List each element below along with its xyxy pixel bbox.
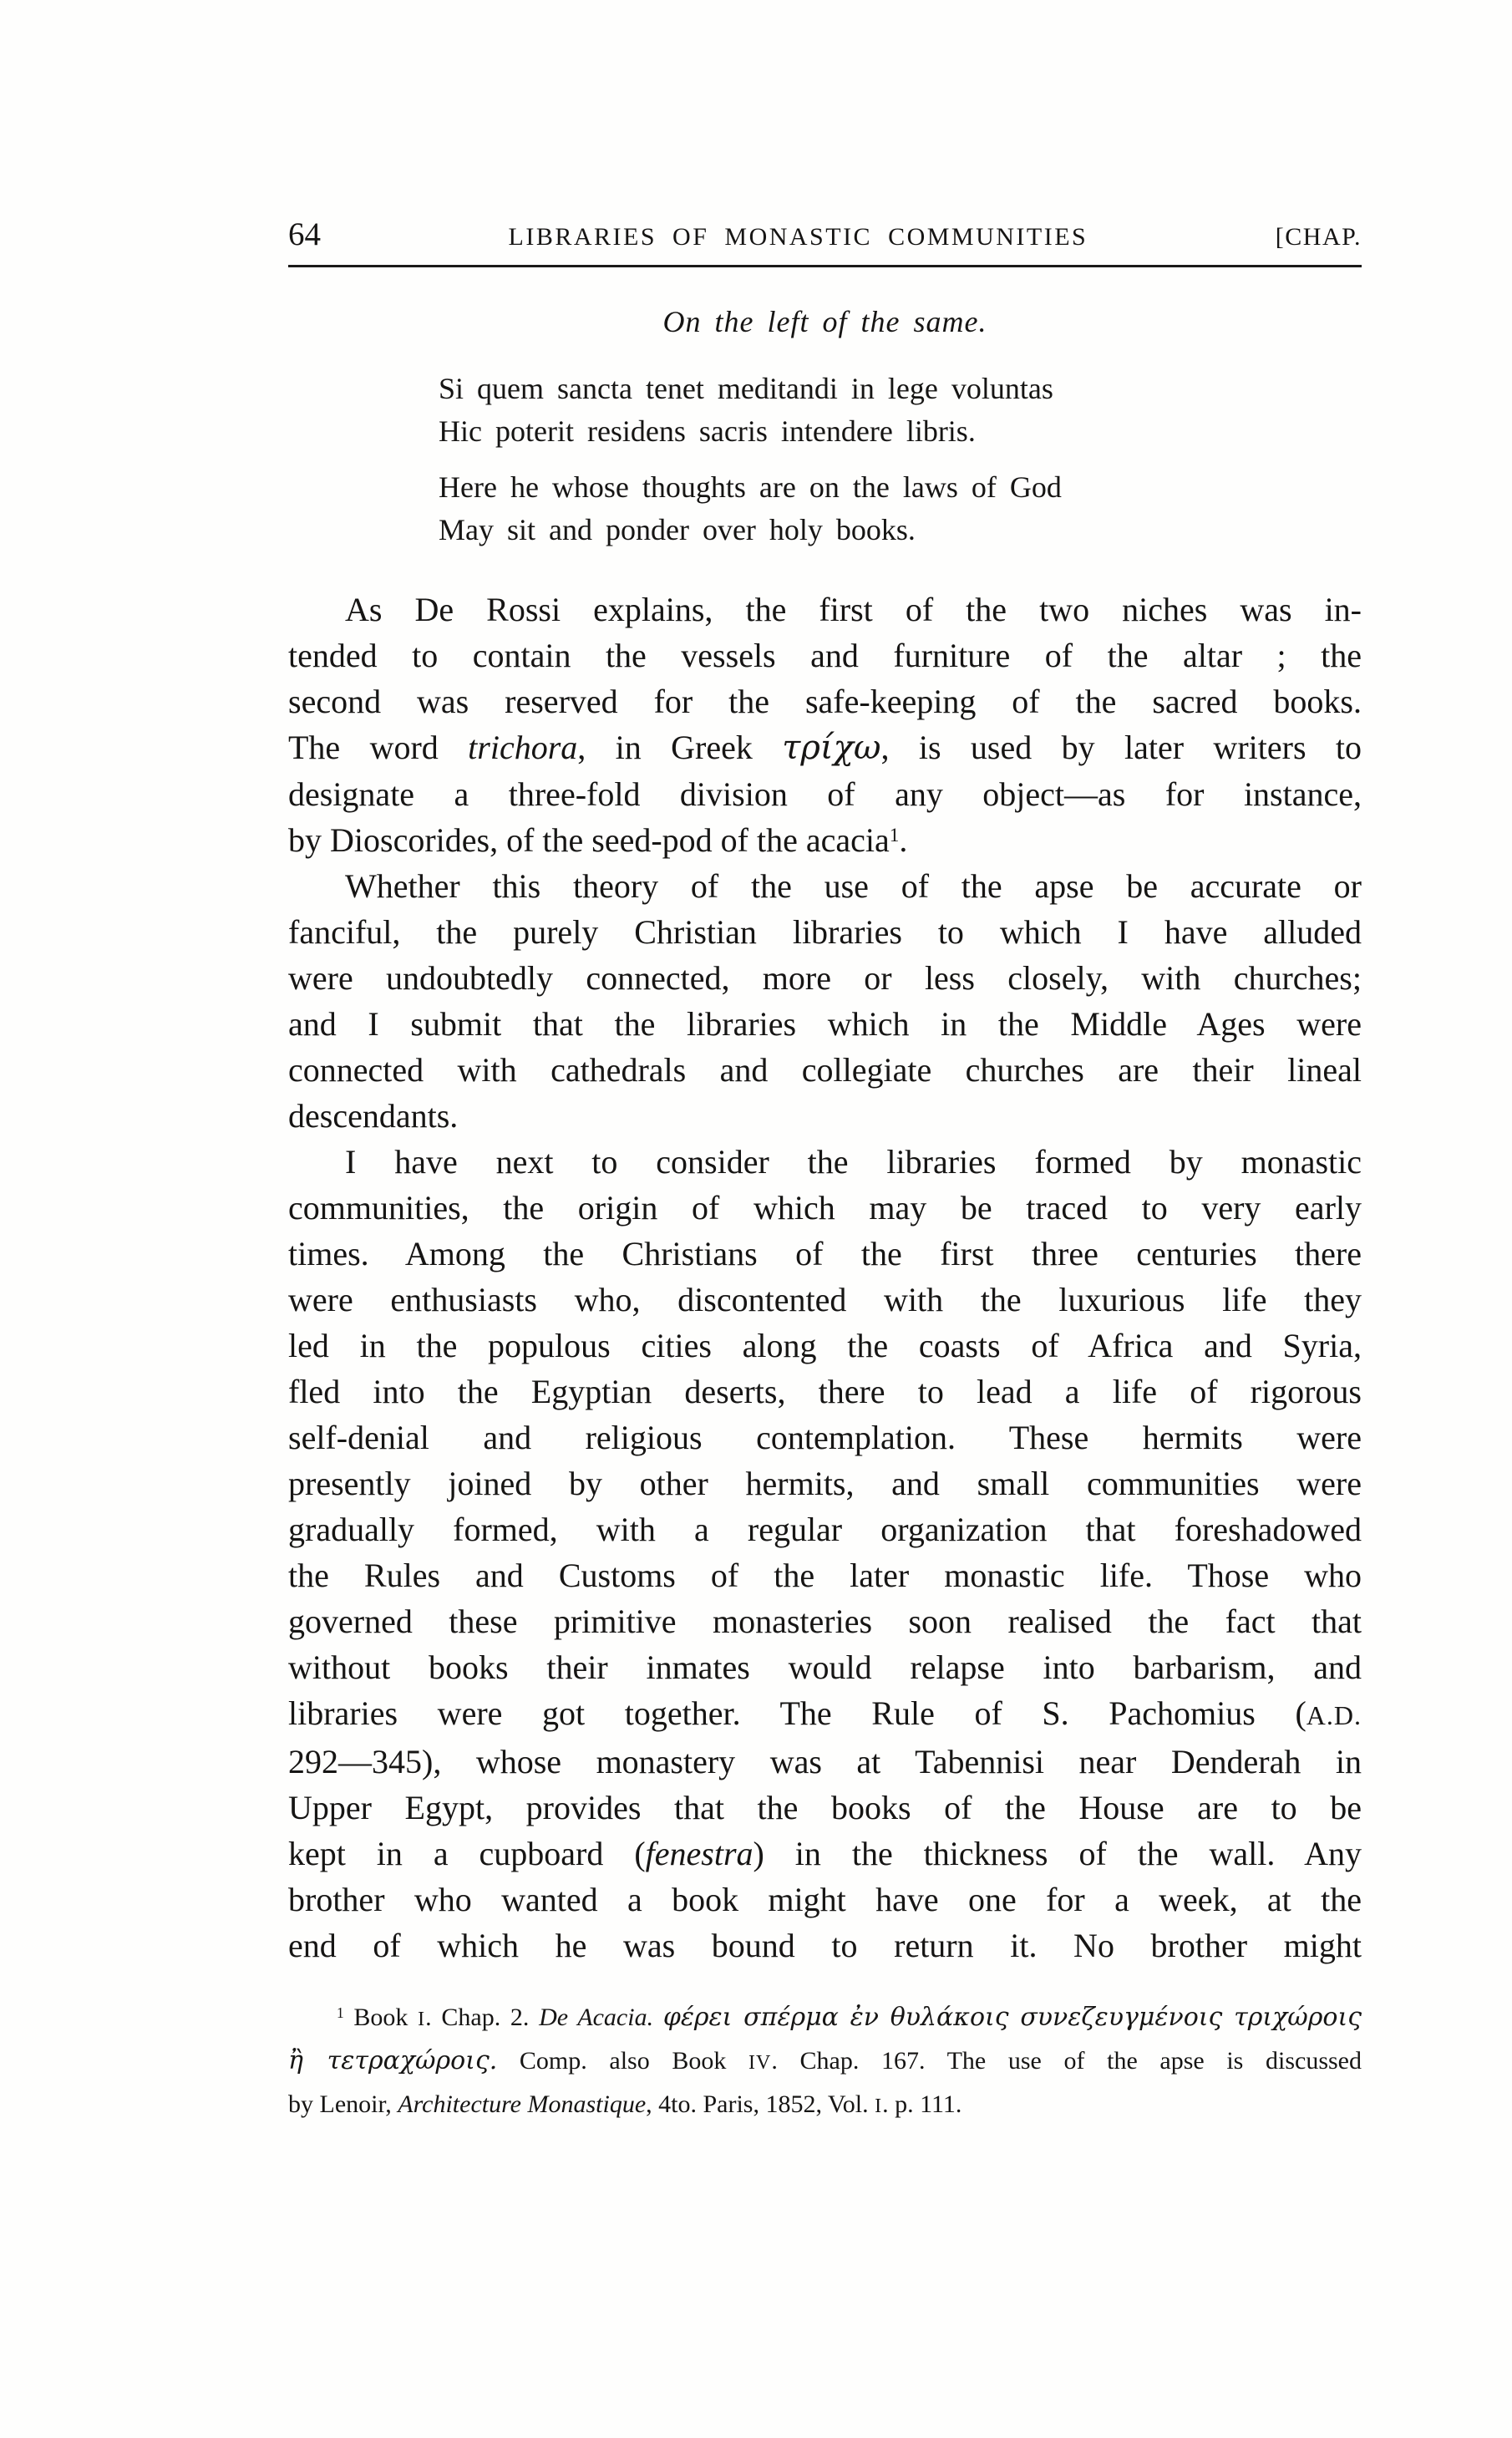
text-line: and I submit that the libraries which in… [288, 1001, 1362, 1047]
text-line: were undoubtedly connected, more or less… [288, 955, 1362, 1001]
text-line: tended to contain the vessels and furnit… [288, 632, 1362, 678]
section-heading: On the left of the same. [288, 304, 1362, 339]
text-line: libraries were got together. The Rule of… [288, 1690, 1362, 1739]
text-segment: Upper Egypt, provides that the books of … [288, 1789, 1362, 1826]
page-number: 64 [288, 216, 321, 253]
text-segment: As De Rossi explains, the first of the t… [345, 591, 1362, 628]
text-line: governed these primitive monasteries soo… [288, 1598, 1362, 1644]
text-line: designate a three-fold division of any o… [288, 771, 1362, 817]
text-line: without books their inmates would relaps… [288, 1644, 1362, 1690]
small-caps-text: I [875, 2095, 882, 2117]
text-line: 1 Book I. Chap. 2. De Acacia. φέρει σπέρ… [288, 1997, 1362, 2040]
verse-line: May sit and ponder over holy books. [439, 509, 1362, 551]
text-line: kept in a cupboard (fenestra) in the thi… [288, 1831, 1362, 1877]
text-segment: The word [288, 729, 468, 766]
text-segment: . Chap. 2. [425, 2004, 539, 2031]
text-segment: brother who wanted a book might have one… [288, 1881, 1362, 1918]
text-segment: tended to contain the vessels and furnit… [288, 637, 1362, 674]
italic-text: De Acacia. [539, 2004, 653, 2031]
header-rule [288, 265, 1362, 267]
text-segment: communities, the origin of which may be … [288, 1189, 1362, 1227]
text-line: fled into the Egyptian deserts, there to… [288, 1369, 1362, 1415]
verse-line: Hic poterit residens sacris intendere li… [439, 410, 1362, 453]
verse-line: Si quem sancta tenet meditandi in lege v… [439, 368, 1362, 410]
text-segment: kept in a cupboard ( [288, 1835, 646, 1872]
running-title: LIBRARIES OF MONASTIC COMMUNITIES [321, 223, 1276, 251]
text-segment: descendants. [288, 1097, 458, 1135]
text-line: times. Among the Christians of the first… [288, 1231, 1362, 1277]
text-line: presently joined by other hermits, and s… [288, 1460, 1362, 1506]
chapter-marker: [CHAP. [1276, 223, 1362, 251]
small-caps-text: I [418, 2009, 425, 2030]
text-segment: I have next to consider the libraries fo… [345, 1143, 1362, 1181]
text-segment: self-denial and religious contemplation.… [288, 1419, 1362, 1456]
text-line: second was reserved for the safe-keeping… [288, 678, 1362, 724]
text-segment: , in Greek [577, 729, 782, 766]
greek-text: φέρει σπέρμα ἐν θυλάκοις συνεζευγμένοις … [663, 2003, 1362, 2032]
text-line: brother who wanted a book might have one… [288, 1877, 1362, 1922]
book-page: 64 LIBRARIES OF MONASTIC COMMUNITIES [CH… [0, 0, 1512, 2438]
text-line: by Dioscorides, of the seed-pod of the a… [288, 817, 1362, 863]
text-segment [653, 2004, 663, 2031]
text-segment: end of which he was bound to return it. … [288, 1927, 1362, 1964]
text-segment: and I submit that the libraries which in… [288, 1005, 1362, 1043]
text-line: led in the populous cities along the coa… [288, 1323, 1362, 1369]
text-line: descendants. [288, 1093, 1362, 1139]
text-segment: libraries were got together. The Rule of… [288, 1694, 1307, 1732]
text-segment: ) in the thickness of the wall. Any [753, 1835, 1362, 1872]
greek-text: τρίχω [782, 729, 880, 767]
text-line: As De Rossi explains, the first of the t… [288, 587, 1362, 632]
text-segment: gradually formed, with a regular organiz… [288, 1511, 1362, 1548]
text-segment: , 4to. Paris, 1852, Vol. [646, 2090, 875, 2118]
verse-block: Si quem sancta tenet meditandi in lege v… [439, 368, 1362, 551]
text-segment: without books their inmates would relaps… [288, 1648, 1362, 1686]
text-segment: by Lenoir, [288, 2090, 398, 2118]
text-segment: times. Among the Christians of the first… [288, 1235, 1362, 1272]
greek-text: ἢ τετραχώροις. [288, 2046, 497, 2075]
text-segment: Whether this theory of the use of the ap… [345, 867, 1362, 905]
italic-text: trichora [468, 729, 577, 766]
text-line: end of which he was bound to return it. … [288, 1922, 1362, 1968]
text-line: the Rules and Customs of the later monas… [288, 1552, 1362, 1598]
latin-verse: Si quem sancta tenet meditandi in lege v… [439, 368, 1362, 453]
text-segment: . p. 111. [882, 2090, 961, 2118]
text-line: gradually formed, with a regular organiz… [288, 1506, 1362, 1552]
text-line: Whether this theory of the use of the ap… [288, 863, 1362, 909]
text-line: communities, the origin of which may be … [288, 1185, 1362, 1231]
text-segment: Comp. also Book [497, 2047, 748, 2075]
text-line: by Lenoir, Architecture Monastique, 4to.… [288, 2084, 1362, 2127]
text-segment: were undoubtedly connected, more or less… [288, 959, 1362, 997]
text-segment: presently joined by other hermits, and s… [288, 1465, 1362, 1502]
text-line: connected with cathedrals and collegiate… [288, 1047, 1362, 1093]
text-line: I have next to consider the libraries fo… [288, 1139, 1362, 1185]
text-segment: led in the populous cities along the coa… [288, 1327, 1362, 1364]
footnote-marker: 1 [890, 825, 900, 846]
small-caps-text: A.D. [1307, 1700, 1362, 1730]
text-segment: governed these primitive monasteries soo… [288, 1602, 1362, 1640]
text-line: 292—345), whose monastery was at Tabenni… [288, 1739, 1362, 1785]
text-segment: Book [344, 2004, 418, 2031]
text-segment: , is used by later writers to [880, 729, 1362, 766]
running-head: 64 LIBRARIES OF MONASTIC COMMUNITIES [CH… [288, 0, 1362, 253]
verse-line: Here he whose thoughts are on the laws o… [439, 466, 1362, 509]
text-line: ἢ τετραχώροις. Comp. also Book IV. Chap.… [288, 2040, 1362, 2084]
body-text: As De Rossi explains, the first of the t… [288, 587, 1362, 1968]
paragraph: I have next to consider the libraries fo… [288, 1139, 1362, 1968]
text-line: were enthusiasts who, discontented with … [288, 1277, 1362, 1323]
text-segment: second was reserved for the safe-keeping… [288, 683, 1362, 720]
text-segment: fanciful, the purely Christian libraries… [288, 913, 1362, 951]
text-segment: 292—345), whose monastery was at Tabenni… [288, 1743, 1362, 1780]
text-line: Upper Egypt, provides that the books of … [288, 1785, 1362, 1831]
small-caps-text: IV [748, 2052, 771, 2074]
text-segment: fled into the Egyptian deserts, there to… [288, 1373, 1362, 1410]
text-segment: . Chap. 167. The use of the apse is disc… [771, 2047, 1362, 2075]
italic-text: Architecture Monastique [398, 2090, 646, 2118]
text-segment: . [899, 821, 907, 859]
text-line: fanciful, the purely Christian libraries… [288, 909, 1362, 955]
text-segment: designate a three-fold division of any o… [288, 775, 1362, 813]
italic-text: fenestra [646, 1835, 753, 1872]
text-segment: connected with cathedrals and collegiate… [288, 1051, 1362, 1089]
paragraph: As De Rossi explains, the first of the t… [288, 587, 1362, 863]
text-segment: by Dioscorides, of the seed-pod of the a… [288, 821, 890, 859]
footnote: 1 Book I. Chap. 2. De Acacia. φέρει σπέρ… [288, 1997, 1362, 2127]
footnote-marker: 1 [337, 2004, 344, 2021]
text-line: The word trichora, in Greek τρίχω, is us… [288, 724, 1362, 771]
text-segment: were enthusiasts who, discontented with … [288, 1281, 1362, 1318]
paragraph: Whether this theory of the use of the ap… [288, 863, 1362, 1139]
text-segment: the Rules and Customs of the later monas… [288, 1557, 1362, 1594]
text-line: self-denial and religious contemplation.… [288, 1415, 1362, 1460]
english-verse: Here he whose thoughts are on the laws o… [439, 466, 1362, 551]
